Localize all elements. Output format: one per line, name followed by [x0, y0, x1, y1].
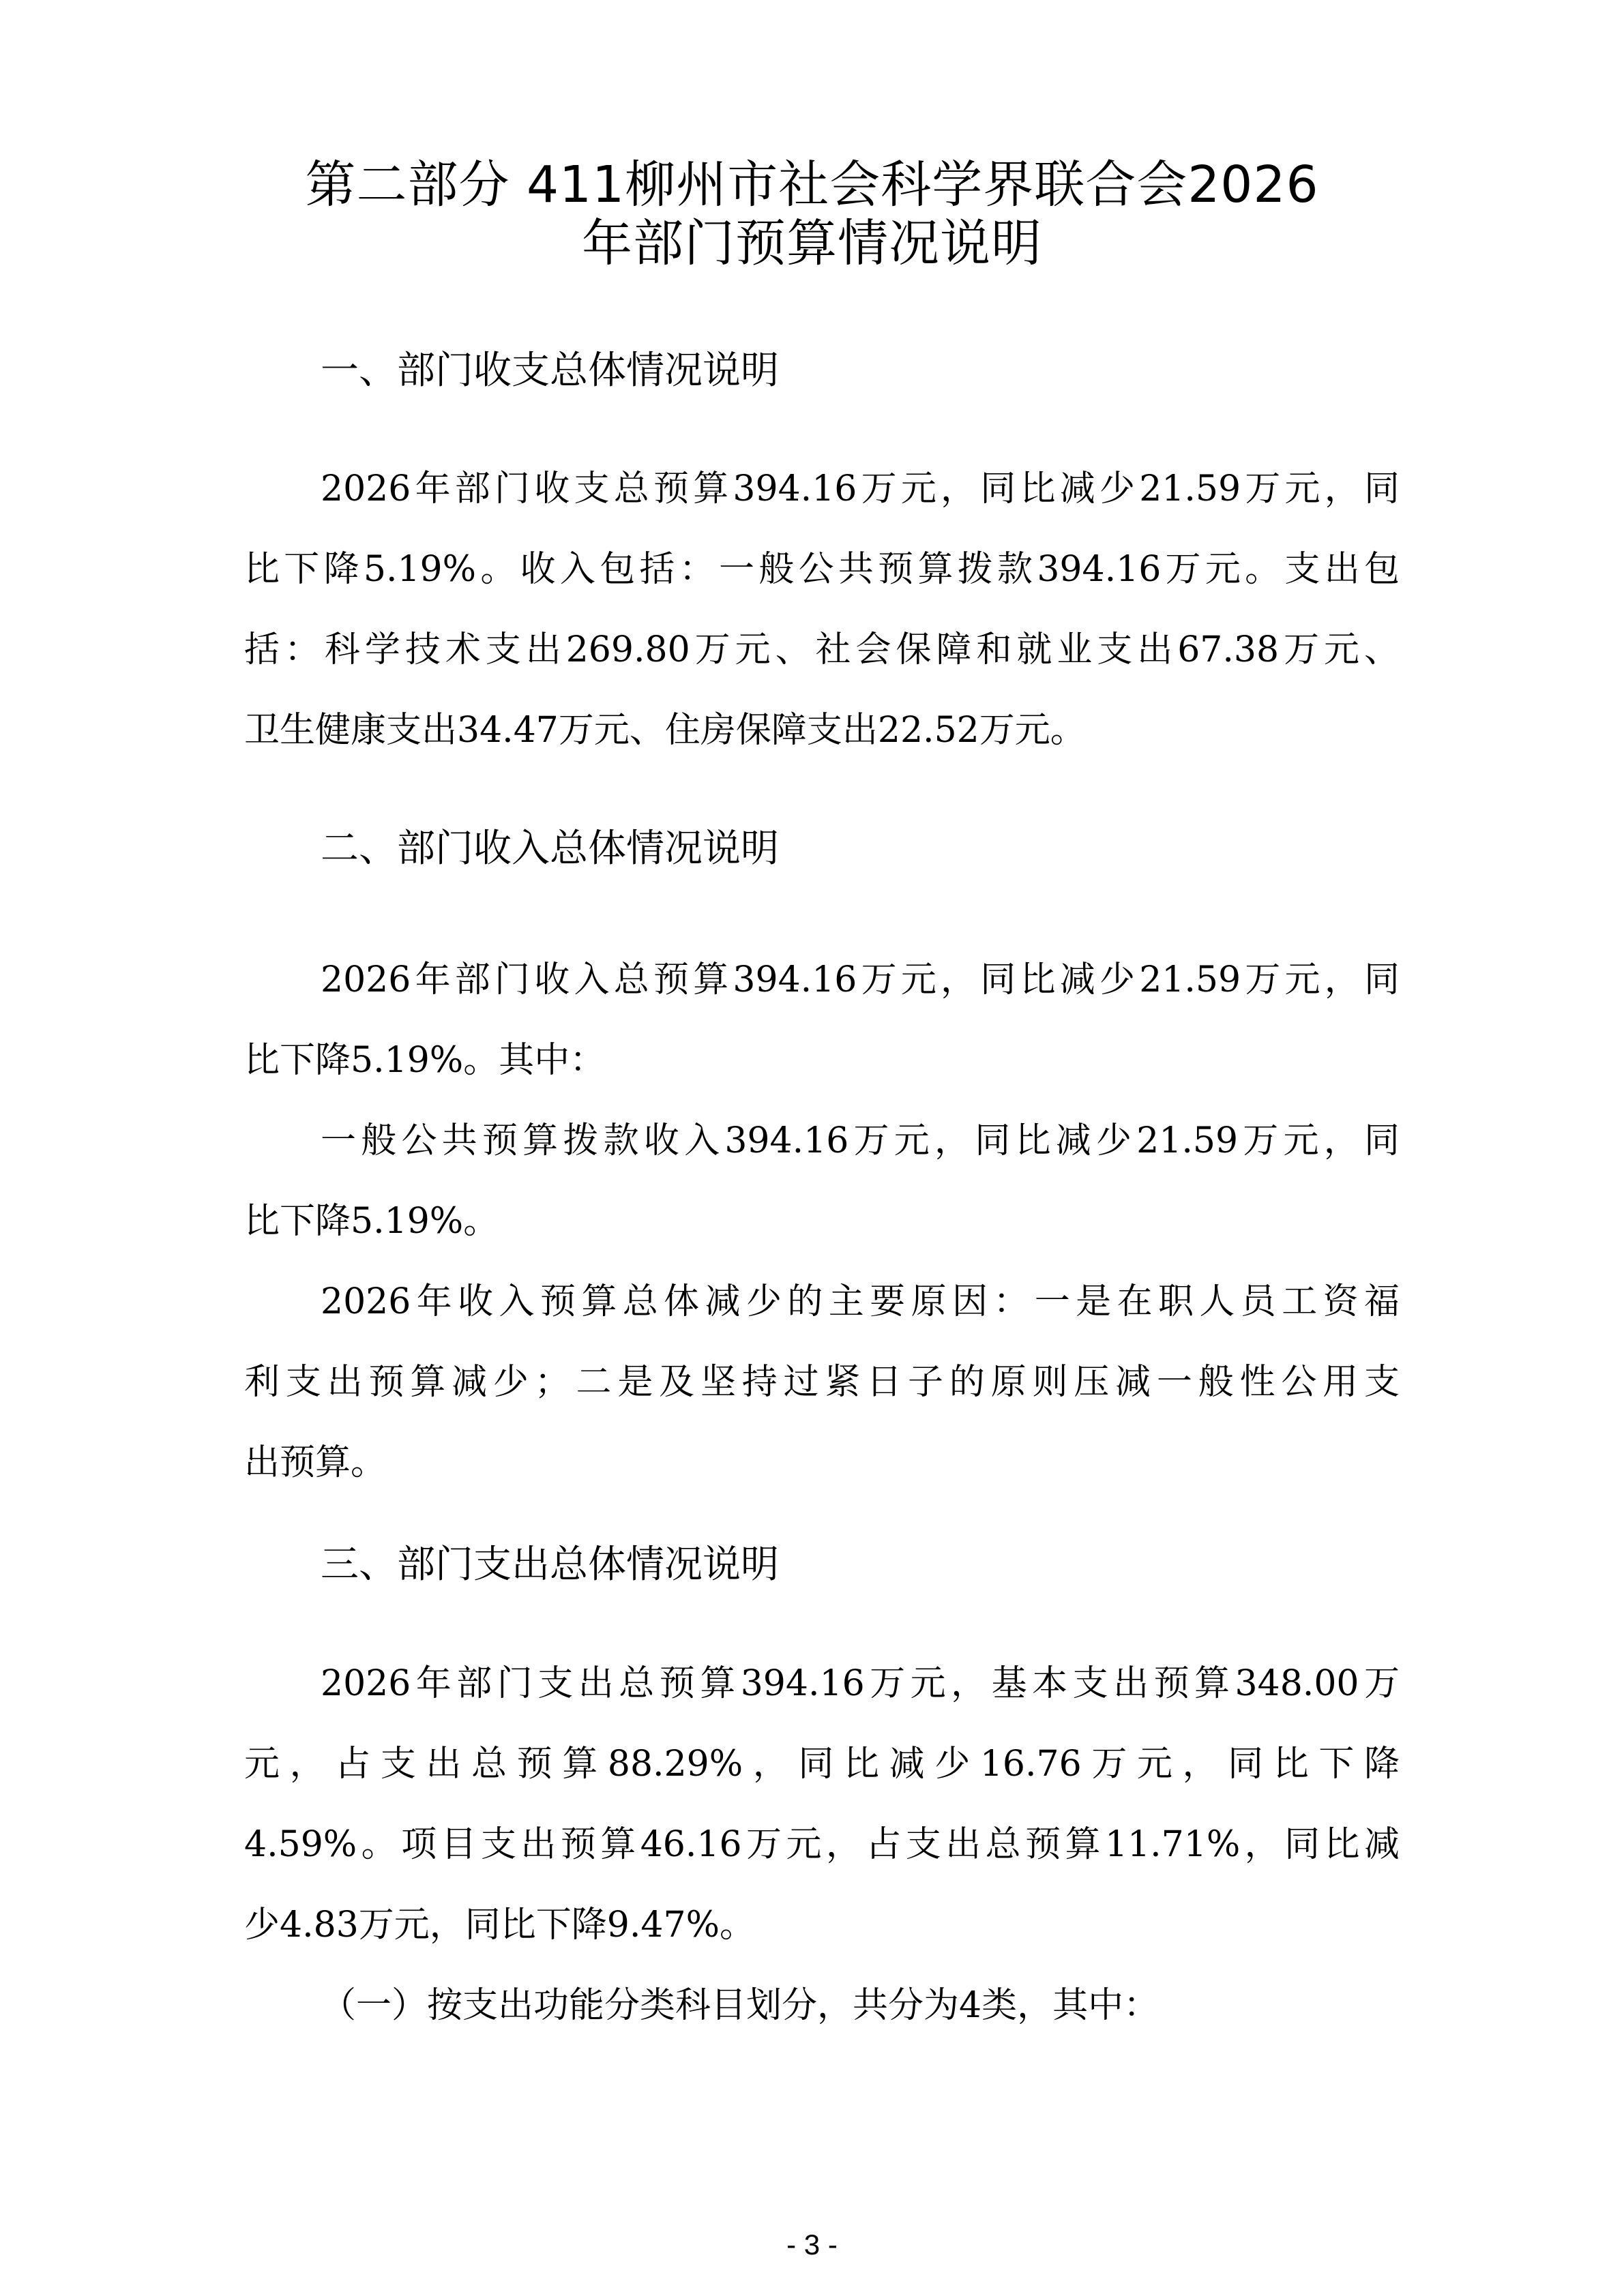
title-line-1: 第二部分 411柳州市社会科学界联合会2026 — [205, 155, 1419, 214]
paragraph-income-expense-total: 2026年部门收支总预算394.16万元，同比减少21.59万元，同 比下降5.… — [244, 449, 1400, 771]
paragraph-functional-classification: （一）按支出功能分类科目划分，共分为4类，其中： — [244, 1965, 1400, 2046]
page-number: - 3 - — [0, 2228, 1624, 2261]
text-line: 元，占支出总预算88.29%，同比减少16.76万元，同比下降 — [244, 1724, 1400, 1804]
text-line: （一）按支出功能分类科目划分，共分为4类，其中： — [244, 1965, 1400, 2046]
title-line-2: 年部门预算情况说明 — [205, 214, 1419, 273]
text-line: 比下降5.19%。 — [244, 1181, 1400, 1262]
text-line: 比下降5.19%。收入包括：一般公共预算拨款394.16万元。支出包 — [244, 529, 1400, 610]
paragraph-general-public-budget: 一般公共预算拨款收入394.16万元，同比减少21.59万元，同 比下降5.19… — [244, 1101, 1400, 1262]
paragraph-expense-total: 2026年部门支出总预算394.16万元，基本支出预算348.00万 元，占支出… — [244, 1643, 1400, 1965]
text-line: 卫生健康支出34.47万元、住房保障支出22.52万元。 — [244, 690, 1400, 771]
text-line: 出预算。 — [244, 1422, 1400, 1503]
section-heading-income-expense-overview: 一、部门收支总体情况说明 — [321, 349, 779, 393]
text-line: 一般公共预算拨款收入394.16万元，同比减少21.59万元，同 — [244, 1101, 1400, 1181]
text-line: 2026年收入预算总体减少的主要原因：一是在职人员工资福 — [244, 1262, 1400, 1342]
section-heading-income-overview: 二、部门收入总体情况说明 — [321, 827, 779, 871]
text-line: 利支出预算减少；二是及坚持过紧日子的原则压减一般性公用支 — [244, 1342, 1400, 1422]
text-line: 2026年部门收入总预算394.16万元，同比减少21.59万元，同 — [244, 940, 1400, 1020]
paragraph-decrease-reasons: 2026年收入预算总体减少的主要原因：一是在职人员工资福 利支出预算减少；二是及… — [244, 1262, 1400, 1503]
text-line: 2026年部门支出总预算394.16万元，基本支出预算348.00万 — [244, 1643, 1400, 1724]
text-line: 2026年部门收支总预算394.16万元，同比减少21.59万元，同 — [244, 449, 1400, 529]
text-line: 比下降5.19%。其中： — [244, 1020, 1400, 1101]
document-page: 第二部分 411柳州市社会科学界联合会2026 年部门预算情况说明 一、部门收支… — [0, 0, 1624, 2296]
text-line: 4.59%。项目支出预算46.16万元，占支出总预算11.71%，同比减 — [244, 1804, 1400, 1885]
page-title: 第二部分 411柳州市社会科学界联合会2026 年部门预算情况说明 — [205, 155, 1419, 273]
section-heading-expense-overview: 三、部门支出总体情况说明 — [321, 1543, 779, 1587]
text-line: 少4.83万元，同比下降9.47%。 — [244, 1885, 1400, 1965]
paragraph-income-total: 2026年部门收入总预算394.16万元，同比减少21.59万元，同 比下降5.… — [244, 940, 1400, 1101]
text-line: 括：科学技术支出269.80万元、社会保障和就业支出67.38万元、 — [244, 610, 1400, 690]
